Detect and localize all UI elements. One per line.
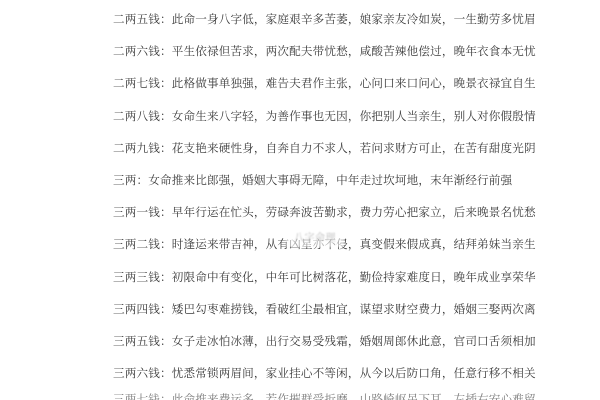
document-page: 二两五钱：此命一身八字低，家庭艰辛多苦萎，娘家亲友冷如炭，一生勤劳多忧眉 二两六… [0, 0, 600, 400]
text-line: 三两：女命推来比郎强，婚姻大事碍无障，中年走过坎坷地，末年渐经行前强 [113, 171, 435, 189]
text-line: 二两九钱：花支艳来硬性身，自奔自力不求人，若问求财方可止，在苦有甜度光阴 [113, 139, 493, 157]
text-line: 二两七钱：此格做事单独强，难告夫君作主张，心问口来口问心，晚景衣禄宜自生 [113, 74, 493, 92]
text-line: 二两八钱：女命生来八字轻，为善作事也无因，你把别人当亲生，别人对你假殷情 [113, 107, 493, 125]
text-line: 二两六钱：平生依禄但苦求，两次配夫带忧愁，咸酸苦辣他偿过，晚年衣食本无忧 [113, 42, 493, 60]
text-line: 三两六钱：忧悉常锁两眉间，家业挂心不等闲，从今以后防口角，任意行移不相关 [113, 364, 493, 382]
text-line: 三两四钱：矮巴勾枣难捞钱，看破红尘最相宜，谋望求财空费力，婚姻三娶两次离 [113, 300, 493, 318]
text-line: 三两三钱：初限命中有变化，中年可比树落花，勤俭持家难度日，晚年成业享荣华 [113, 268, 493, 286]
watermark: 八字命理 [286, 231, 344, 247]
text-line-partial: 三两七钱：此命推来费运多，若作摧群受折磨，山路崎岖吊下耳，左插右安心难留 [113, 390, 493, 400]
text-line: 二两五钱：此命一身八字低，家庭艰辛多苦萎，娘家亲友冷如炭，一生勤劳多忧眉 [113, 10, 493, 28]
text-line: 三两一钱：早年行运在忙头，劳碌奔波苦勤求，费力劳心把家立，后来晚景名忧愁 [113, 203, 493, 221]
text-line: 三两五钱：女子走冰怕冰薄，出行交易受残霜，婚姻周郎休此意，官司口舌须相加 [113, 332, 493, 350]
